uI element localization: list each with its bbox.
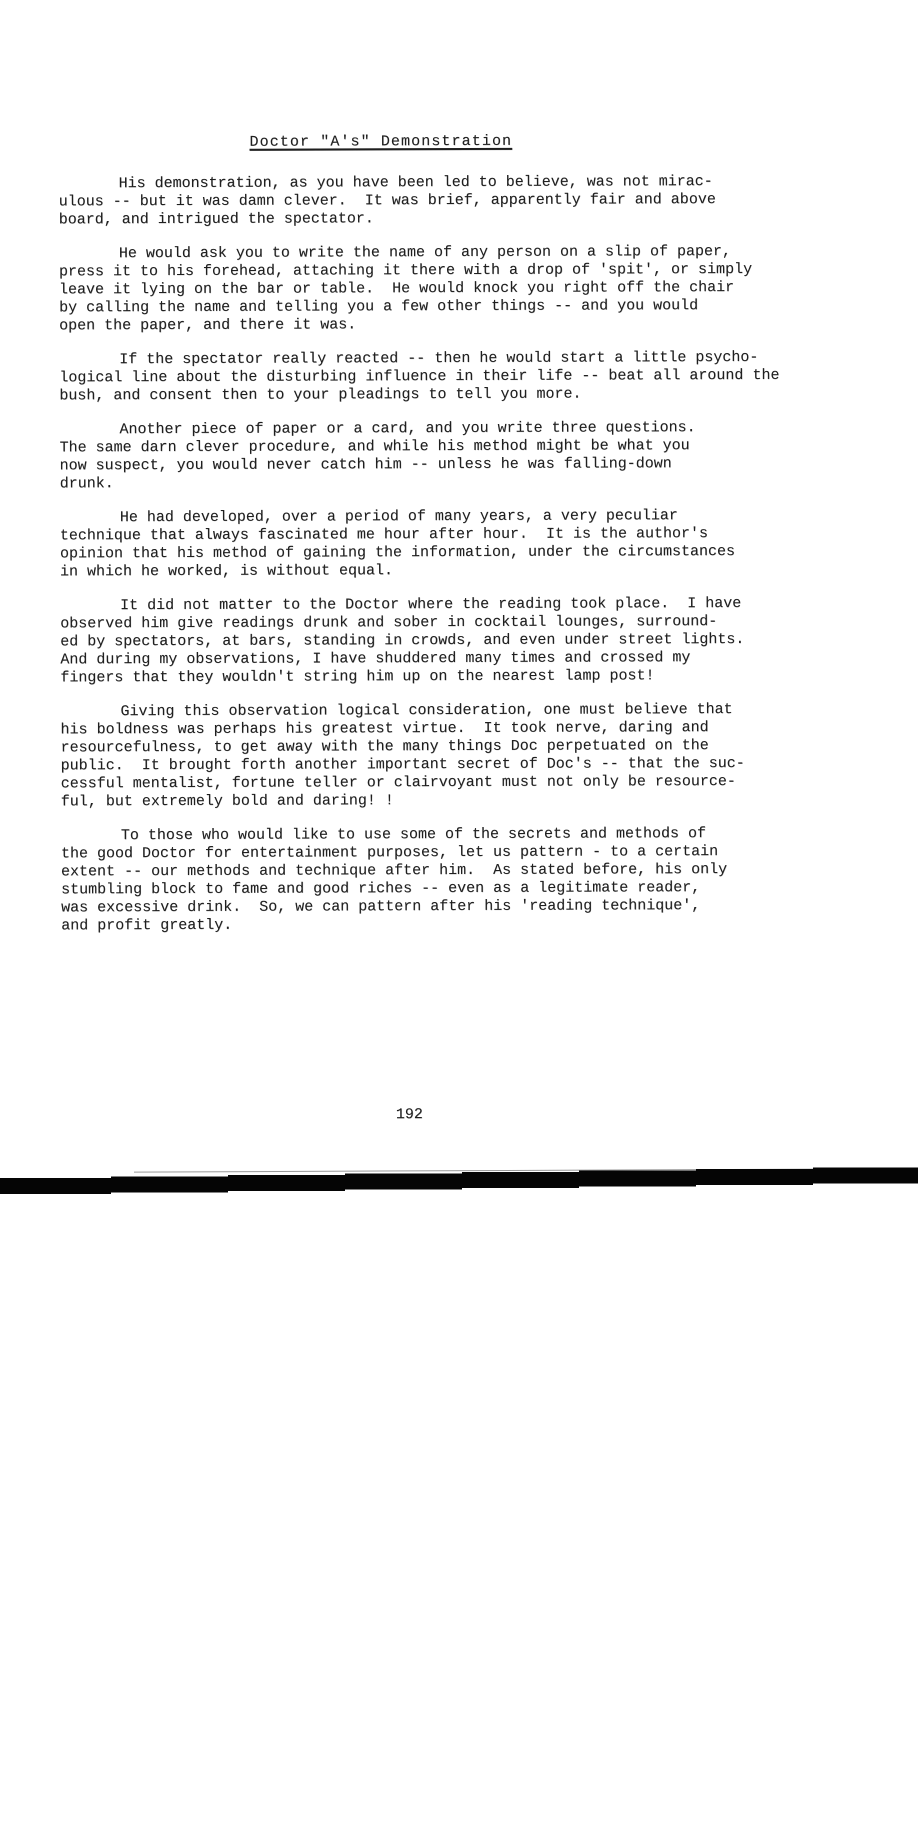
- page-number: 192: [396, 1106, 423, 1124]
- page-title: Doctor "A's" Demonstration: [249, 133, 512, 151]
- document-body: His demonstration, as you have been led …: [59, 173, 802, 952]
- paragraph-5: He had developed, over a period of many …: [60, 507, 800, 582]
- scan-artifact-segment: [111, 1177, 228, 1193]
- scan-artifact-segment: [0, 1178, 111, 1194]
- scan-artifact-segment: [228, 1175, 345, 1191]
- scan-artifact-segment: [696, 1169, 813, 1185]
- scan-artifact-segment: [813, 1168, 918, 1184]
- scanned-document-page: Doctor "A's" Demonstration His demonstra…: [0, 0, 918, 1836]
- paragraph-1: His demonstration, as you have been led …: [59, 173, 799, 230]
- page-content: Doctor "A's" Demonstration His demonstra…: [0, 0, 918, 1836]
- scan-artifact-bar: [0, 1167, 918, 1197]
- paragraph-3: If the spectator really reacted -- then …: [59, 349, 799, 406]
- scan-artifact-segment: [462, 1172, 579, 1188]
- scan-artifact-segment: [345, 1174, 462, 1190]
- paragraph-8: To those who would like to use some of t…: [61, 825, 801, 936]
- scan-artifact-segment: [579, 1171, 696, 1187]
- paragraph-7: Giving this observation logical consider…: [60, 701, 800, 812]
- paragraph-2: He would ask you to write the name of an…: [59, 243, 799, 336]
- paragraph-6: It did not matter to the Doctor where th…: [60, 595, 800, 688]
- paragraph-4: Another piece of paper or a card, and yo…: [59, 419, 799, 494]
